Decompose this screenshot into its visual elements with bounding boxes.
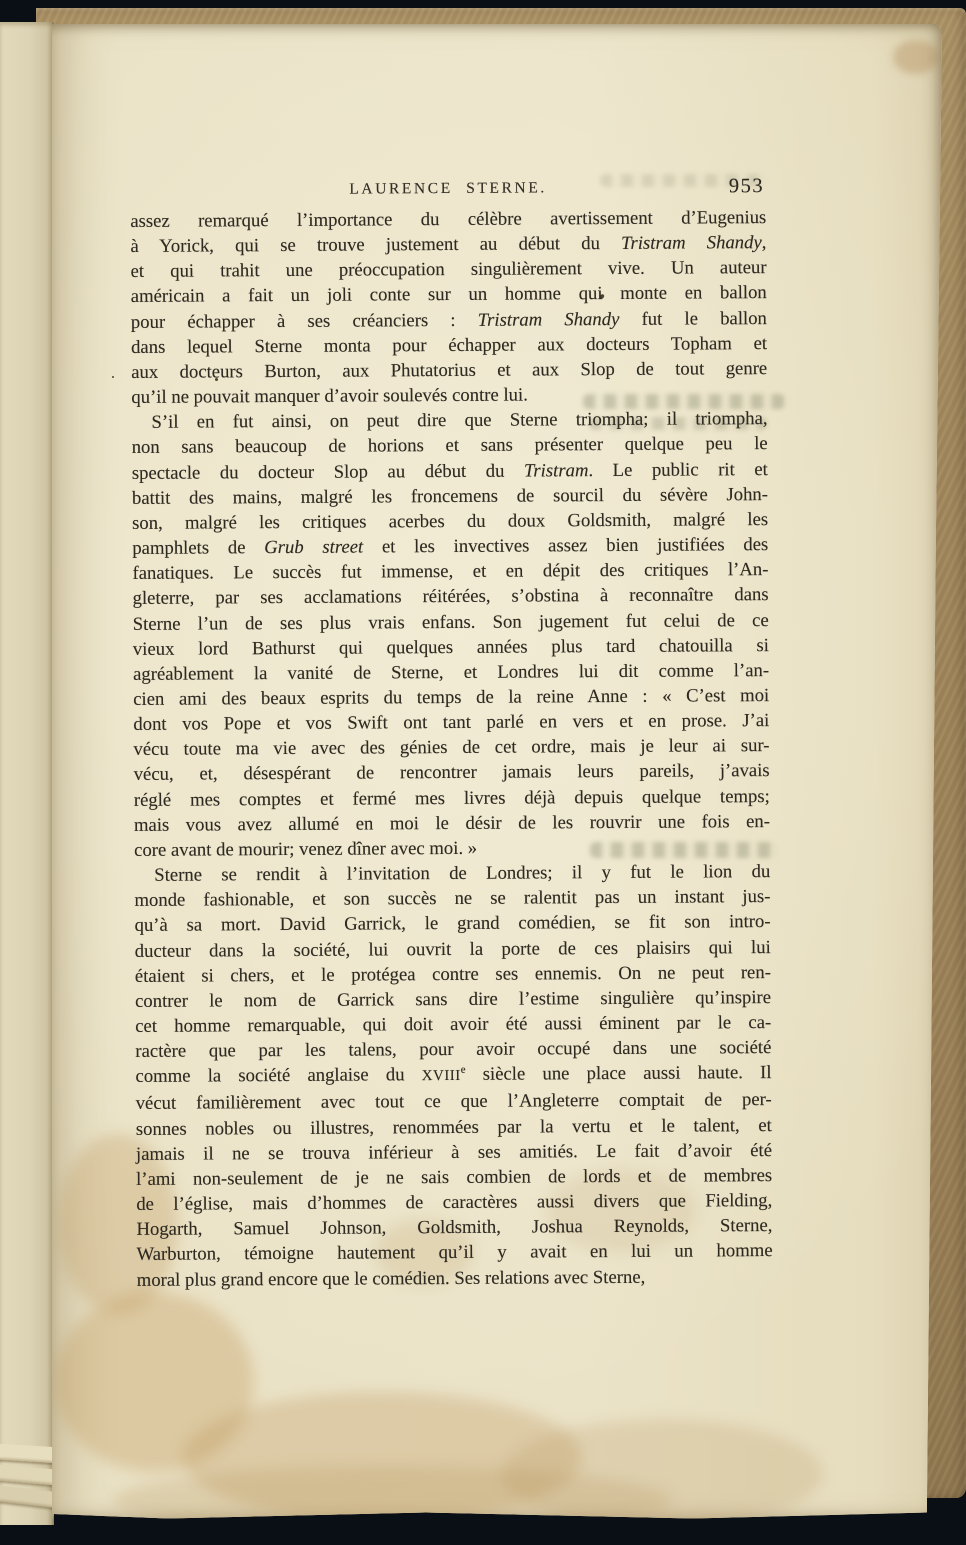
page-header: LAURENCE STERNE. 953 bbox=[130, 172, 766, 209]
text-line: contrer le nom de Garrick sans dire l’es… bbox=[135, 985, 771, 1014]
text-block: LAURENCE STERNE. 953 assez remarqué l’im… bbox=[130, 172, 773, 1293]
text-line: core avant de mourir; venez dîner avec m… bbox=[134, 834, 770, 863]
text-line: et qui trahit une préoccupation singuliè… bbox=[131, 255, 767, 284]
text-segment: sonnes nobles ou illustres, renommées pa… bbox=[136, 1115, 772, 1140]
text-line: Warburton, témoigne hautement qu’il y av… bbox=[137, 1238, 773, 1267]
text-segment: . Le public rit et bbox=[588, 459, 768, 481]
text-segment: de l’église, mais d’hommes de caractères… bbox=[136, 1190, 772, 1215]
text-line: pamphlets de Grub street et les invectiv… bbox=[132, 532, 768, 561]
text-segment: battit des mains, malgré les froncemens … bbox=[132, 484, 768, 509]
text-line: mais vous avez allumé en moi le désir de… bbox=[134, 809, 770, 838]
text-line: vieux lord Bathurst qui quelques années … bbox=[133, 633, 769, 662]
text-segment: assez remarqué l’importance du célèbre a… bbox=[130, 207, 766, 232]
text-line: agréablement la vanité de Sterne, et Lon… bbox=[133, 658, 769, 687]
text-segment: fanatiques. Le succès fut immense, et en… bbox=[132, 559, 768, 584]
text-segment: monde fashionable, et son succès ne se r… bbox=[134, 886, 770, 911]
text-line: cet homme remarquable, qui doit avoir ét… bbox=[135, 1010, 771, 1039]
italic-text-segment: Tristram Shandy bbox=[478, 309, 620, 331]
text-segment: cet homme remarquable, qui doit avoir ét… bbox=[135, 1012, 771, 1037]
text-line: qu’à sa mort. David Garrick, le grand co… bbox=[135, 909, 771, 938]
text-segment: à Yorick, qui se trouve justement au déb… bbox=[130, 233, 621, 257]
text-line: qu’il ne pouvait manquer d’avoir soulevé… bbox=[131, 381, 767, 410]
text-segment: et les invectives assez bien justifiées … bbox=[363, 534, 768, 557]
text-segment: S’il en fut ainsi, on peut dire que Ster… bbox=[151, 408, 767, 433]
text-segment: ducteur dans la société, lui ouvrit la p… bbox=[135, 937, 771, 962]
text-line: son, malgré les critiques acerbes du dou… bbox=[132, 507, 768, 536]
text-line: non sans beaucoup de horions et sans pré… bbox=[132, 431, 768, 460]
text-segment: Sterne l’un de ses plus vrais enfans. So… bbox=[133, 610, 769, 635]
text-line: américain a fait un joli conte sur un ho… bbox=[131, 281, 767, 310]
text-segment: et qui trahit une préoccupation singuliè… bbox=[131, 257, 767, 282]
text-line: réglé mes comptes et fermé mes livres dé… bbox=[134, 784, 770, 813]
foxing-stain bbox=[112, 1466, 672, 1536]
text-line: dans lequel Sterne monta pour échapper a… bbox=[131, 331, 767, 360]
text-line: S’il en fut ainsi, on peut dire que Ster… bbox=[131, 406, 767, 435]
text-line: vécu, et, désespérant de rencontrer jama… bbox=[134, 758, 770, 787]
italic-text-segment: Tristram Shandy bbox=[621, 232, 762, 254]
text-line: de l’église, mais d’hommes de caractères… bbox=[136, 1188, 772, 1217]
text-segment: Hogarth, Samuel Johnson, Goldsmith, Josh… bbox=[136, 1215, 772, 1240]
text-line: moral plus grand encore que le comédien.… bbox=[137, 1264, 773, 1293]
text-line: battit des mains, malgré les froncemens … bbox=[132, 482, 768, 511]
page-number: 953 bbox=[729, 175, 764, 198]
text-line: gleterre, par ses acclamations réitérées… bbox=[133, 582, 769, 611]
text-segment: spectacle du docteur Slop au début du bbox=[132, 460, 524, 483]
text-line: dont vos Pope et vos Swift ont tant parl… bbox=[133, 708, 769, 737]
text-line: pour échapper à ses créanciers : Tristra… bbox=[131, 306, 767, 335]
text-segment: qu’à sa mort. David Garrick, le grand co… bbox=[135, 911, 771, 936]
text-line: étaient si chers, et le protégea contre … bbox=[135, 960, 771, 989]
text-segment: fut le ballon bbox=[619, 308, 767, 330]
text-line: sonnes nobles ou illustres, renommées pa… bbox=[136, 1113, 772, 1142]
text-segment: mais vous avez allumé en moi le désir de… bbox=[134, 811, 770, 836]
text-segment: ractère que par les talens, pour avoir o… bbox=[135, 1037, 771, 1062]
text-line: comme la société anglaise du XVIIIe sièc… bbox=[135, 1060, 771, 1091]
text-line: ractère que par les talens, pour avoir o… bbox=[135, 1035, 771, 1064]
text-segment: vieux lord Bathurst qui quelques années … bbox=[133, 635, 769, 660]
text-segment: pour échapper à ses créanciers : bbox=[131, 309, 478, 332]
text-segment: dont vos Pope et vos Swift ont tant parl… bbox=[133, 710, 769, 735]
text-segment: jamais il ne se trouva inférieur à ses a… bbox=[136, 1140, 772, 1165]
foxing-stain bbox=[502, 1419, 822, 1529]
text-line: l’ami non-seulement de je ne sais combie… bbox=[136, 1163, 772, 1192]
text-segment: vécut familièrement avec tout ce que l’A… bbox=[136, 1090, 772, 1115]
text-segment: son, malgré les critiques acerbes du dou… bbox=[132, 509, 768, 534]
text-segment: gleterre, par ses acclamations réitérées… bbox=[133, 584, 769, 609]
text-segment: Warburton, témoigne hautement qu’il y av… bbox=[137, 1240, 773, 1265]
foxing-stain bbox=[893, 40, 939, 74]
text-segment: pamphlets de bbox=[132, 537, 264, 559]
running-title: LAURENCE STERNE. bbox=[349, 179, 547, 198]
text-segment: , bbox=[762, 232, 767, 253]
text-segment: XVIII bbox=[422, 1068, 461, 1084]
text-segment: étaient si chers, et le protégea contre … bbox=[135, 962, 771, 987]
text-segment: cien ami des beaux esprits du temps de l… bbox=[133, 685, 769, 710]
text-segment: l’ami non-seulement de je ne sais combie… bbox=[136, 1165, 772, 1190]
text-line: monde fashionable, et son succès ne se r… bbox=[134, 884, 770, 913]
text-line: spectacle du docteur Slop au début du Tr… bbox=[132, 457, 768, 486]
dust-speck bbox=[112, 376, 114, 378]
body-text: assez remarqué l’importance du célèbre a… bbox=[130, 205, 773, 1293]
text-segment: siècle une place aussi haute. Il bbox=[465, 1062, 771, 1085]
text-segment: réglé mes comptes et fermé mes livres dé… bbox=[134, 786, 770, 811]
text-segment: non sans beaucoup de horions et sans pré… bbox=[132, 433, 768, 458]
italic-text-segment: Grub street bbox=[264, 537, 363, 559]
text-segment: qu’il ne pouvait manquer d’avoir soulevé… bbox=[131, 385, 528, 408]
text-line: Hogarth, Samuel Johnson, Goldsmith, Josh… bbox=[136, 1213, 772, 1242]
foxing-stain bbox=[54, 1292, 254, 1472]
text-segment: Sterne se rendit à l’invitation de Londr… bbox=[154, 861, 770, 886]
text-line: aux docteurs Burton, aux Phutatorius et … bbox=[131, 356, 767, 385]
text-line: ducteur dans la société, lui ouvrit la p… bbox=[135, 935, 771, 964]
text-line: cien ami des beaux esprits du temps de l… bbox=[133, 683, 769, 712]
text-line: à Yorick, qui se trouve justement au déb… bbox=[130, 230, 766, 259]
text-segment: aux docteurs Burton, aux Phutatorius et … bbox=[131, 358, 767, 383]
text-segment: vécu toute ma vie avec des génies de cet… bbox=[133, 735, 769, 760]
text-line: vécut familièrement avec tout ce que l’A… bbox=[136, 1088, 772, 1117]
italic-text-segment: Tristram bbox=[524, 460, 589, 481]
text-segment: contrer le nom de Garrick sans dire l’es… bbox=[135, 987, 771, 1012]
text-line: assez remarqué l’importance du célèbre a… bbox=[130, 205, 766, 234]
text-line: jamais il ne se trouva inférieur à ses a… bbox=[136, 1138, 772, 1167]
text-segment: comme la société anglaise du bbox=[135, 1064, 421, 1087]
text-line: fanatiques. Le succès fut immense, et en… bbox=[132, 557, 768, 586]
text-line: vécu toute ma vie avec des génies de cet… bbox=[133, 733, 769, 762]
text-segment: moral plus grand encore que le comédien.… bbox=[137, 1266, 646, 1290]
scanned-book-photo: LAURENCE STERNE. 953 assez remarqué l’im… bbox=[0, 0, 966, 1545]
text-segment: américain a fait un joli conte sur un ho… bbox=[131, 283, 767, 308]
text-line: Sterne se rendit à l’invitation de Londr… bbox=[134, 859, 770, 888]
text-segment: dans lequel Sterne monta pour échapper a… bbox=[131, 333, 767, 358]
foxing-stain bbox=[182, 1392, 582, 1522]
text-segment: vécu, et, désespérant de rencontrer jama… bbox=[134, 760, 770, 785]
text-line: Sterne l’un de ses plus vrais enfans. So… bbox=[133, 608, 769, 637]
text-segment: agréablement la vanité de Sterne, et Lon… bbox=[133, 660, 769, 685]
book-page: LAURENCE STERNE. 953 assez remarqué l’im… bbox=[52, 24, 942, 1520]
text-segment: core avant de mourir; venez dîner avec m… bbox=[134, 838, 477, 861]
page-stack-edge-strip bbox=[0, 22, 54, 1525]
